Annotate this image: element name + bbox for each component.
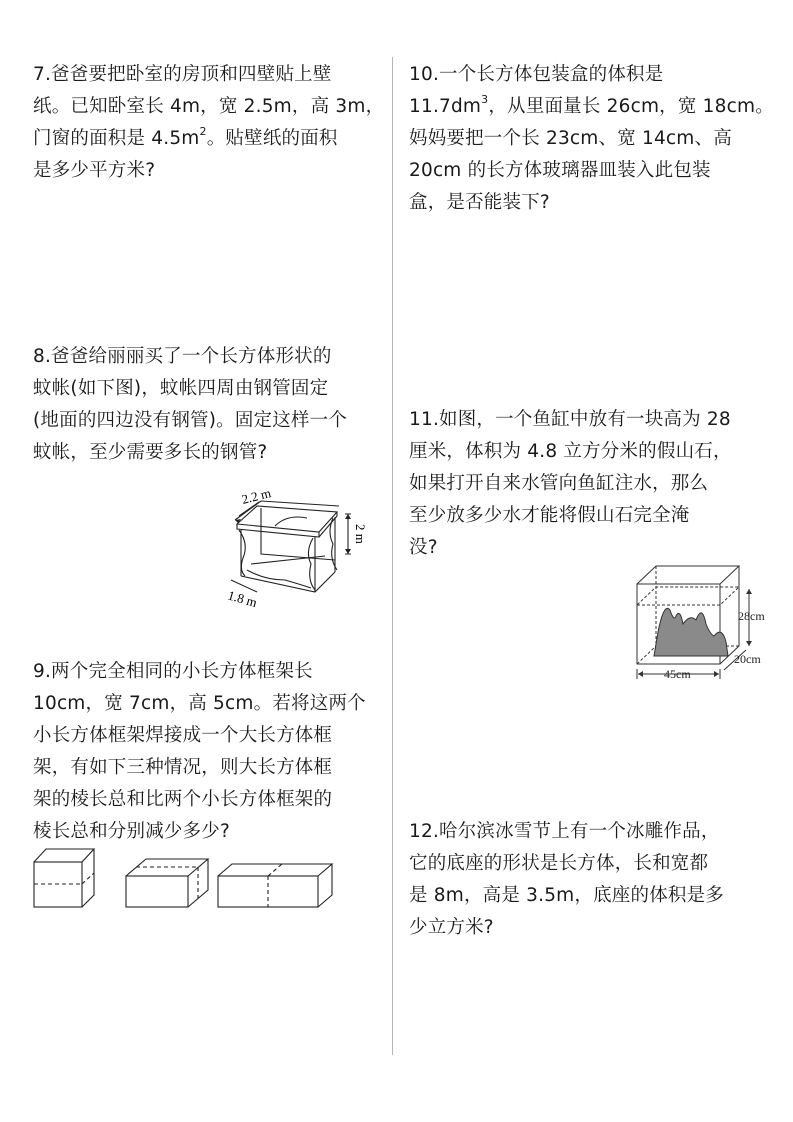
- question-10-line-1: 10.一个长方体包装盒的体积是: [409, 59, 774, 91]
- question-11-line-3: 如果打开自来水管向鱼缸注水，那么: [409, 468, 732, 500]
- question-9: 9.两个完全相同的小长方体框架长 10cm，宽 7cm，高 5cm。若将这两个 …: [33, 656, 366, 848]
- question-9-line-4: 架，有如下三种情况，则大长方体框: [33, 752, 366, 784]
- mosquito-net-figure: 2.2 m 2 m 1.8 m: [215, 484, 365, 610]
- label-height: 28cm: [738, 609, 765, 623]
- label-length: 45cm: [664, 667, 691, 681]
- mosquito-net-drawing: 2.2 m 2 m 1.8 m: [215, 484, 365, 610]
- superscript-cubed: 3: [481, 93, 488, 106]
- question-12-line-3: 是 8m，高是 3.5m，底座的体积是多: [409, 880, 724, 912]
- question-9-line-1: 9.两个完全相同的小长方体框架长: [33, 656, 366, 688]
- label-height: 2 m: [353, 524, 365, 544]
- fish-tank-drawing: 28cm 20cm 45cm: [630, 564, 780, 682]
- question-8: 8.爸爸给丽丽买了一个长方体形状的 蚊帐(如下图)，蚊帐四周由钢管固定 (地面的…: [33, 341, 347, 469]
- question-7-line-4: 是多少平方米?: [33, 155, 384, 187]
- question-7: 7.爸爸要把卧室的房顶和四壁贴上壁 纸。已知卧室长 4m，宽 2.5m，高 3m…: [33, 59, 384, 187]
- box-configurations-figure: [30, 845, 340, 913]
- question-12: 12.哈尔滨冰雪节上有一个冰雕作品， 它的底座的形状是长方体，长和宽都 是 8m…: [409, 816, 724, 944]
- fish-tank-figure: 28cm 20cm 45cm: [630, 564, 780, 682]
- question-12-line-1: 12.哈尔滨冰雪节上有一个冰雕作品，: [409, 816, 724, 848]
- question-10: 10.一个长方体包装盒的体积是 11.7dm3，从里面量长 26cm，宽 18c…: [409, 59, 774, 219]
- box-configurations-drawing: [30, 845, 340, 913]
- question-12-line-4: 少立方米?: [409, 912, 724, 944]
- question-9-line-3: 小长方体框架焊接成一个大长方体框: [33, 720, 366, 752]
- question-11: 11.如图，一个鱼缸中放有一块高为 28 厘米，体积为 4.8 立方分米的假山石…: [409, 404, 732, 564]
- label-length: 2.2 m: [240, 485, 272, 507]
- question-7-line-2: 纸。已知卧室长 4m，宽 2.5m，高 3m，: [33, 91, 384, 123]
- superscript-squared: 2: [200, 125, 207, 138]
- question-9-line-5: 架的棱长总和比两个小长方体框架的: [33, 784, 366, 816]
- question-11-line-2: 厘米，体积为 4.8 立方分米的假山石，: [409, 436, 732, 468]
- question-11-line-5: 没?: [409, 532, 732, 564]
- question-8-line-4: 蚊帐，至少需要多长的钢管?: [33, 437, 347, 469]
- rockery-shape: [654, 608, 728, 656]
- label-depth: 20cm: [734, 652, 761, 666]
- question-7-line-3: 门窗的面积是 4.5m2。贴壁纸的面积: [33, 123, 384, 155]
- question-10-line-5: 盒，是否能装下?: [409, 187, 774, 219]
- column-divider: [392, 57, 393, 1055]
- question-10-line-3: 妈妈要把一个长 23cm、宽 14cm、高: [409, 123, 774, 155]
- question-12-line-2: 它的底座的形状是长方体，长和宽都: [409, 848, 724, 880]
- question-10-line-2: 11.7dm3，从里面量长 26cm，宽 18cm。: [409, 91, 774, 123]
- question-10-line-4: 20cm 的长方体玻璃器皿装入此包装: [409, 155, 774, 187]
- question-11-line-4: 至少放多少水才能将假山石完全淹: [409, 500, 732, 532]
- question-9-line-6: 棱长总和分别减少多少?: [33, 816, 366, 848]
- question-8-line-1: 8.爸爸给丽丽买了一个长方体形状的: [33, 341, 347, 373]
- question-7-line-1: 7.爸爸要把卧室的房顶和四壁贴上壁: [33, 59, 384, 91]
- question-8-line-3: (地面的四边没有钢管)。固定这样一个: [33, 405, 347, 437]
- question-11-line-1: 11.如图，一个鱼缸中放有一块高为 28: [409, 404, 732, 436]
- question-8-line-2: 蚊帐(如下图)，蚊帐四周由钢管固定: [33, 373, 347, 405]
- question-9-line-2: 10cm，宽 7cm，高 5cm。若将这两个: [33, 688, 366, 720]
